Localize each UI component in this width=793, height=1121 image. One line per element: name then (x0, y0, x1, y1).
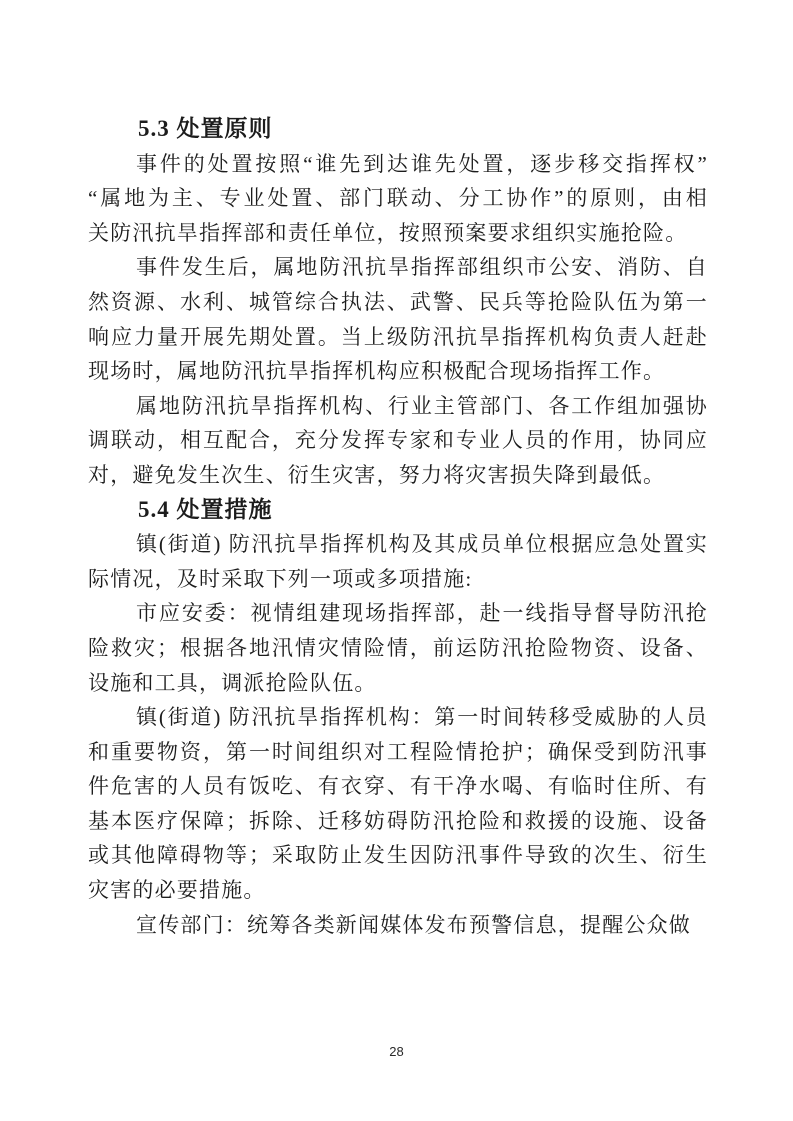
text-line: “属地为主、专业处置、部门联动、分工协作”的原则，由相 (88, 181, 708, 216)
text-line: 现场时，属地防汛抗旱指挥机构应积极配合现场指挥工作。 (88, 354, 708, 389)
text-line: 镇(街道) 防汛抗旱指挥机构及其成员单位根据应急处置实 (88, 527, 708, 562)
paragraph: 事件的处置按照“谁先到达谁先处置，逐步移交指挥权”“属地为主、专业处置、部门联动… (88, 147, 708, 251)
section-heading: 5.4 处置措施 (88, 493, 708, 528)
text-line: 基本医疗保障；拆除、迁移妨碍防汛抢险和救援的设施、设备 (88, 804, 708, 839)
text-line: 际情况，及时采取下列一项或多项措施: (88, 562, 708, 597)
text-line: 对，避免发生次生、衍生灾害，努力将灾害损失降到最低。 (88, 458, 708, 493)
text-line: 事件的处置按照“谁先到达谁先处置，逐步移交指挥权” (88, 147, 708, 182)
text-line: 设施和工具，调派抢险队伍。 (88, 666, 708, 701)
paragraph: 属地防汛抗旱指挥机构、行业主管部门、各工作组加强协调联动，相互配合，充分发挥专家… (88, 389, 708, 493)
text-line: 关防汛抗旱指挥部和责任单位，按照预案要求组织实施抢险。 (88, 216, 708, 251)
text-line: 市应安委：视情组建现场指挥部，赴一线指导督导防汛抢 (88, 596, 708, 631)
text-line: 和重要物资，第一时间组织对工程险情抢护；确保受到防汛事 (88, 735, 708, 770)
text-line: 调联动，相互配合，充分发挥专家和专业人员的作用，协同应 (88, 423, 708, 458)
section-heading: 5.3 处置原则 (88, 112, 708, 147)
text-line: 镇(街道) 防汛抗旱指挥机构：第一时间转移受威胁的人员 (88, 700, 708, 735)
text-line: 事件发生后，属地防汛抗旱指挥部组织市公安、消防、自 (88, 250, 708, 285)
text-line: 然资源、水利、城管综合执法、武警、民兵等抢险队伍为第一 (88, 285, 708, 320)
paragraph: 镇(街道) 防汛抗旱指挥机构及其成员单位根据应急处置实际情况，及时采取下列一项或… (88, 527, 708, 596)
text-line: 属地防汛抗旱指挥机构、行业主管部门、各工作组加强协 (88, 389, 708, 424)
text-line: 响应力量开展先期处置。当上级防汛抗旱指挥机构负责人赶赴 (88, 320, 708, 355)
document-body: 5.3 处置原则事件的处置按照“谁先到达谁先处置，逐步移交指挥权”“属地为主、专… (88, 112, 708, 942)
text-line: 或其他障碍物等；采取防止发生因防汛事件导致的次生、衍生 (88, 838, 708, 873)
text-line: 宣传部门：统筹各类新闻媒体发布预警信息，提醒公众做 (88, 908, 708, 943)
paragraph: 事件发生后，属地防汛抗旱指挥部组织市公安、消防、自然资源、水利、城管综合执法、武… (88, 250, 708, 388)
text-line: 险救灾；根据各地汛情灾情险情，前运防汛抢险物资、设备、 (88, 631, 708, 666)
paragraph: 市应安委：视情组建现场指挥部，赴一线指导督导防汛抢险救灾；根据各地汛情灾情险情，… (88, 596, 708, 700)
document-page: 5.3 处置原则事件的处置按照“谁先到达谁先处置，逐步移交指挥权”“属地为主、专… (0, 0, 793, 1121)
paragraph: 宣传部门：统筹各类新闻媒体发布预警信息，提醒公众做 (88, 908, 708, 943)
page-number: 28 (0, 1044, 793, 1059)
text-line: 灾害的必要措施。 (88, 873, 708, 908)
text-line: 件危害的人员有饭吃、有衣穿、有干净水喝、有临时住所、有 (88, 769, 708, 804)
paragraph: 镇(街道) 防汛抗旱指挥机构：第一时间转移受威胁的人员和重要物资，第一时间组织对… (88, 700, 708, 908)
